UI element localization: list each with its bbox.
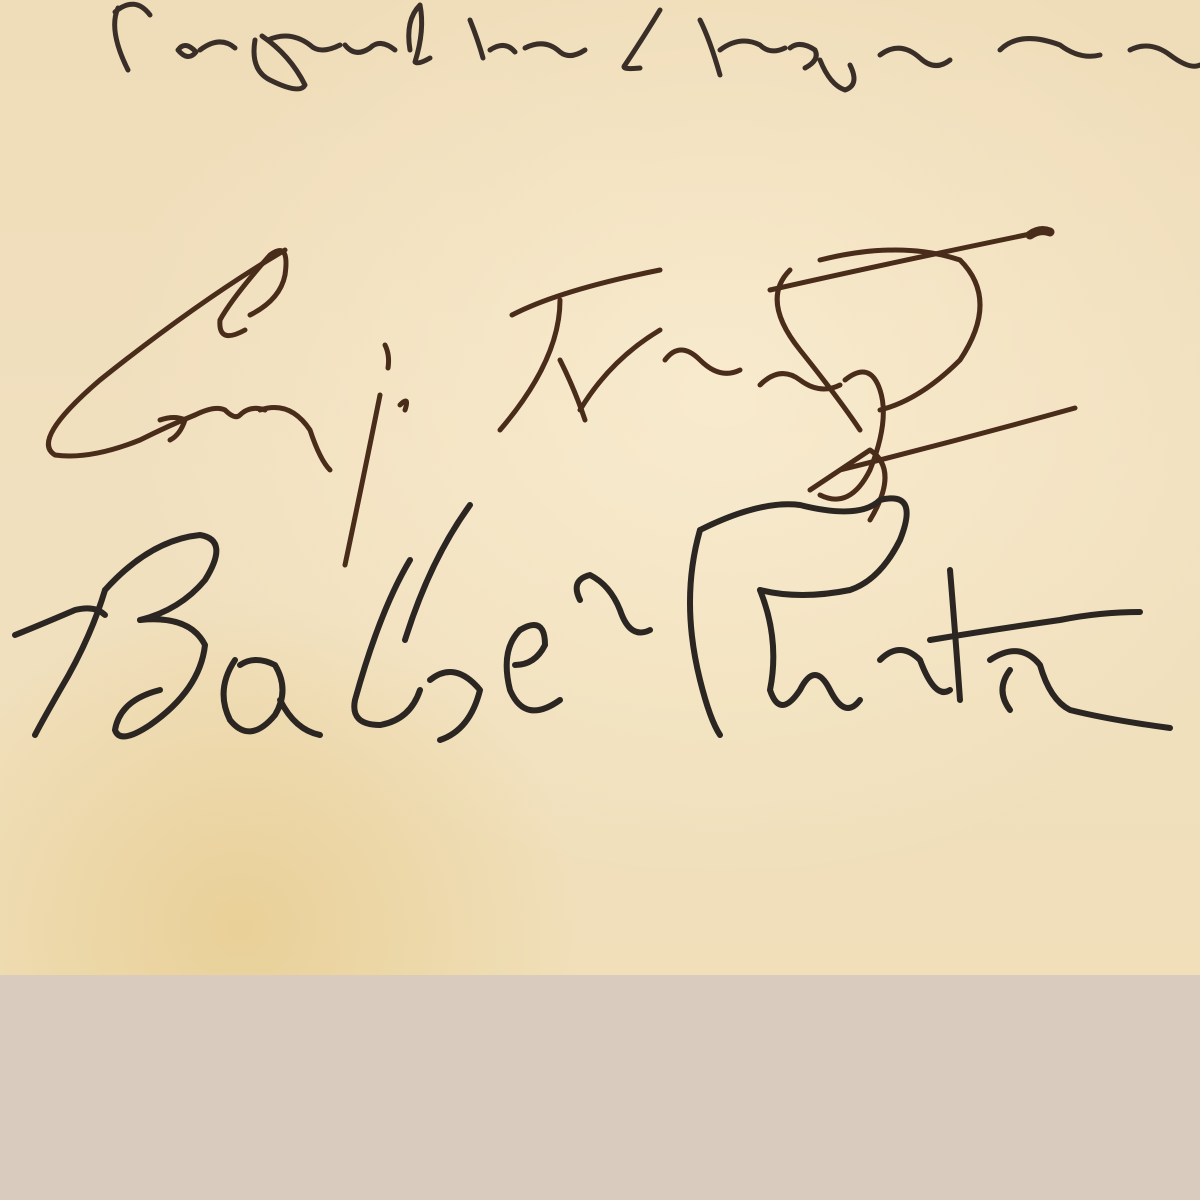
inscription-strokes <box>115 4 1200 90</box>
signature-craig-wood <box>48 231 1075 565</box>
photo-stage: Personal for Thea... Craig Wood Babe Rut… <box>0 0 1200 1200</box>
signature-babe-ruth <box>15 498 1170 740</box>
handwriting-layer <box>0 0 1200 1200</box>
